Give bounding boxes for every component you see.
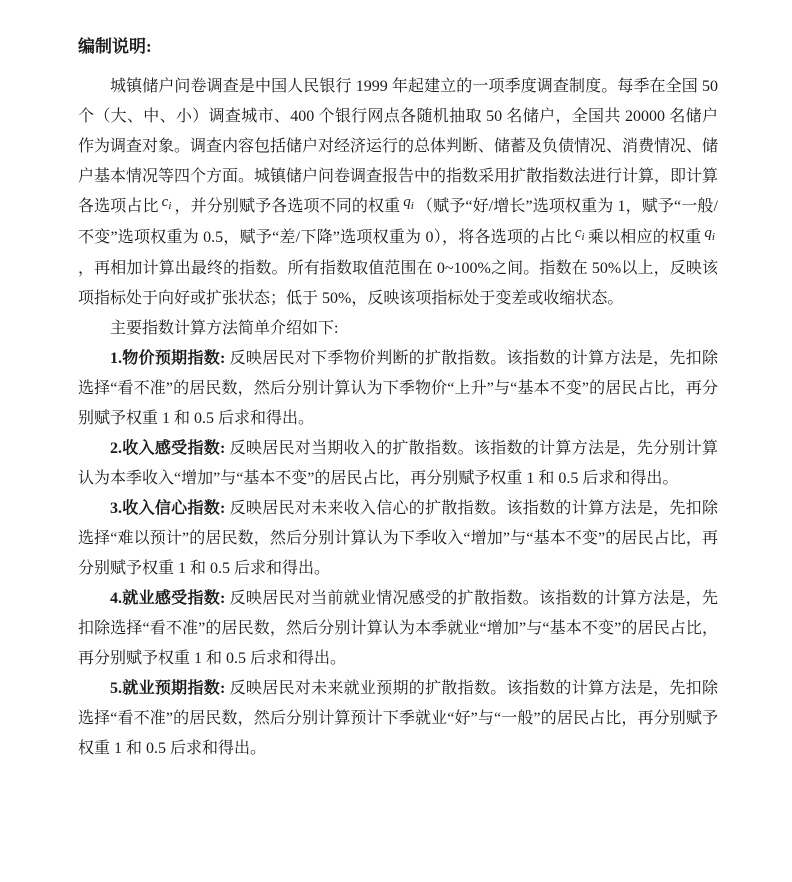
math-symbol-ci: ci: [162, 192, 172, 223]
math-subscript-i: i: [411, 200, 414, 212]
paragraph-index-4: 4.就业感受指数: 反映居民对当前就业情况感受的扩散指数。该指数的计算方法是，先…: [78, 584, 718, 674]
index-1-heading: 1.物价预期指数:: [110, 350, 225, 367]
index-2-heading: 2.收入感受指数:: [110, 440, 225, 457]
intro-text-run-4: 乘以相应的权重: [588, 229, 702, 246]
intro-text-run-2: ，并分别赋予各选项不同的权重: [174, 198, 400, 215]
math-subscript-i: i: [168, 200, 171, 212]
index-3-heading: 3.收入信心指数:: [110, 500, 225, 517]
document-page: 编制说明: 城镇储户问卷调查是中国人民银行 1999 年起建立的一项季度调查制度…: [0, 0, 792, 882]
math-symbol-ci: ci: [575, 223, 585, 254]
index-5-heading: 5.就业预期指数:: [110, 680, 225, 697]
document-title: 编制说明:: [78, 32, 718, 62]
math-base-c: c: [575, 225, 582, 241]
paragraph-intro: 城镇储户问卷调查是中国人民银行 1999 年起建立的一项季度调查制度。每季在全国…: [78, 72, 718, 314]
paragraph-index-3: 3.收入信心指数: 反映居民对未来收入信心的扩散指数。该指数的计算方法是，先扣除…: [78, 494, 718, 584]
math-subscript-i: i: [582, 231, 585, 243]
math-base-q: q: [704, 225, 712, 241]
paragraph-index-1: 1.物价预期指数: 反映居民对下季物价判断的扩散指数。该指数的计算方法是，先扣除…: [78, 344, 718, 434]
math-base-q: q: [403, 194, 411, 210]
paragraph-methods-intro: 主要指数计算方法简单介绍如下:: [78, 314, 718, 344]
intro-text-run-5: ，再相加计算出最终的指数。所有指数取值范围在 0~100%之间。指数在 50%以…: [78, 260, 718, 307]
methods-intro-text: 主要指数计算方法简单介绍如下:: [110, 320, 338, 337]
math-subscript-i: i: [712, 231, 715, 243]
intro-text-run-1: 城镇储户问卷调查是中国人民银行 1999 年起建立的一项季度调查制度。每季在全国…: [78, 78, 718, 215]
math-symbol-qi: qi: [704, 223, 715, 254]
index-4-heading: 4.就业感受指数:: [110, 590, 225, 607]
paragraph-index-2: 2.收入感受指数: 反映居民对当期收入的扩散指数。该指数的计算方法是，先分别计算…: [78, 434, 718, 494]
math-symbol-qi: qi: [403, 192, 414, 223]
paragraph-index-5: 5.就业预期指数: 反映居民对未来就业预期的扩散指数。该指数的计算方法是，先扣除…: [78, 674, 718, 764]
